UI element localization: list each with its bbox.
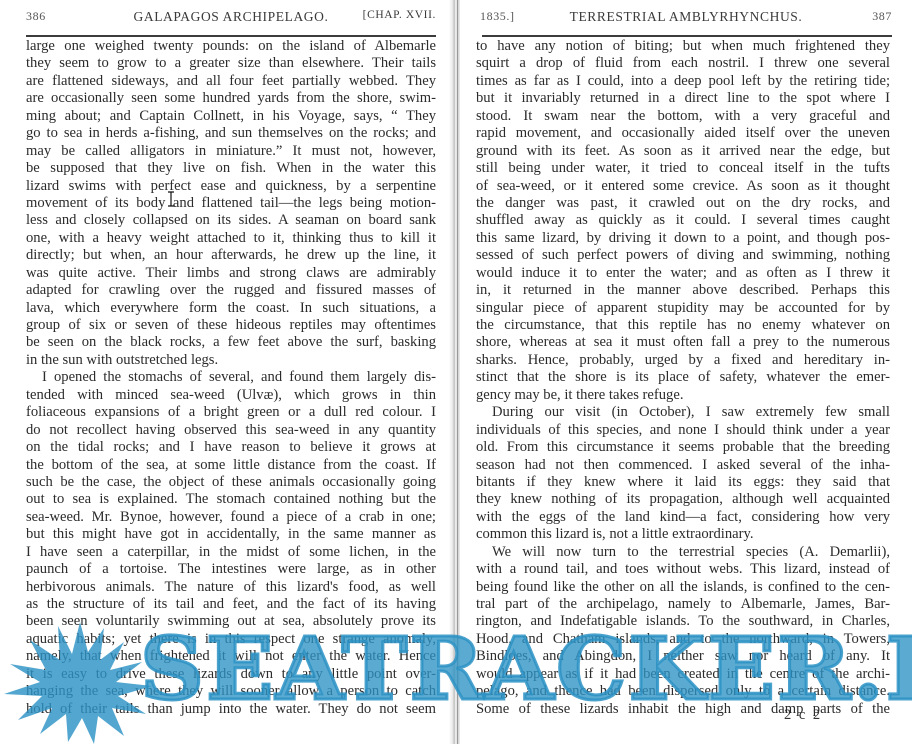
text-line: aquatic habits; yet there is in this res…: [26, 631, 436, 648]
text-line: they knew nothing of its propagation, al…: [476, 491, 890, 508]
text-line: bitants if they knew where it laid its e…: [476, 474, 890, 491]
text-line: shuffled away as quickly as it could. I …: [476, 212, 890, 229]
text-line: with a round tail, and toes without webs…: [476, 561, 890, 578]
text-line: We will now turn to the terrestrial spec…: [476, 544, 890, 561]
text-line: tral part of the archipelago, namely to …: [476, 596, 890, 613]
text-line: they seem to grow to a greater size than…: [26, 55, 436, 72]
right-running-head: 1835.] TERRESTRIAL AMBLYRHYNCHUS. 387: [480, 9, 892, 29]
text-line: Some of these lizards inhabit the high a…: [476, 701, 890, 718]
text-line: be supposed that they live on fish. When…: [26, 160, 436, 177]
text-line: such be the case, the object of these an…: [26, 474, 436, 491]
text-line: lava, which everywhere form the coast. I…: [26, 300, 436, 317]
text-line: foliaceous expansions of a bright green …: [26, 404, 436, 421]
text-line: I opened the stomachs of several, and fo…: [26, 369, 436, 386]
text-line: are occasionally seen some hundred yards…: [26, 90, 436, 107]
text-line: herbivorous animals. The nature of this …: [26, 579, 436, 596]
right-page: 1835.] TERRESTRIAL AMBLYRHYNCHUS. 387 to…: [460, 0, 912, 744]
text-line: the danger was past, it crawled out on t…: [476, 195, 890, 212]
right-running-title: TERRESTRIAL AMBLYRHYNCHUS.: [480, 9, 892, 25]
text-line: out to sea is explained. The stomach con…: [26, 491, 436, 508]
text-line: Bindloes, and Abingdon, I neither saw no…: [476, 648, 890, 665]
text-cursor-icon: [167, 191, 175, 207]
gutter-divider: [457, 0, 458, 744]
text-line: tended with minced sea-weed (Ulvæ), whic…: [26, 387, 436, 404]
text-line: group of six or seven of these hideous r…: [26, 317, 436, 334]
text-line: be seen on the black rocks, a few feet a…: [26, 334, 436, 351]
text-line: pelago, and thence had been dispersed on…: [476, 683, 890, 700]
left-running-head: 386 GALAPAGOS ARCHIPELAGO. [CHAP. XVII.: [26, 9, 436, 29]
text-line: do not recollect having observed this se…: [26, 422, 436, 439]
text-line: individuals of this species, and none I …: [476, 422, 890, 439]
left-page: 386 GALAPAGOS ARCHIPELAGO. [CHAP. XVII. …: [0, 0, 452, 744]
header-rule: [482, 35, 892, 37]
text-line: rapid movement, and occasionally aided i…: [476, 125, 890, 142]
text-line: stood. It swam near the bottom, with a v…: [476, 108, 890, 125]
text-line: shore, whereas at sea it must often fall…: [476, 334, 890, 351]
text-line: hold of their tails than jump into the w…: [26, 701, 436, 718]
text-line: stinct that the shore is its place of sa…: [476, 369, 890, 386]
signature-mark: 2 c 2: [784, 707, 822, 724]
book-spread: 386 GALAPAGOS ARCHIPELAGO. [CHAP. XVII. …: [0, 0, 912, 744]
text-line: times as far as I could, into a deep poo…: [476, 73, 890, 90]
text-line: hanging the sea, where they will sooner …: [26, 683, 436, 700]
text-line: sessed of such perfect powers of diving …: [476, 247, 890, 264]
text-line: as the structure of its tail and feet, a…: [26, 596, 436, 613]
text-line: still being under water, it tried to con…: [476, 160, 890, 177]
text-line: sea-weed. Mr. Bynoe, however, found a pi…: [26, 509, 436, 526]
text-line: the bottom of the sea, at some little di…: [26, 457, 436, 474]
text-line: less and closely collapsed on its sides.…: [26, 212, 436, 229]
text-line: in the sun with outstretched legs.: [26, 352, 436, 369]
text-line: but it invariably returned in a direct l…: [476, 90, 890, 107]
text-line: During our visit (in October), I saw ext…: [476, 404, 890, 421]
text-line: sharks. Hence, probably, urged by a fixe…: [476, 352, 890, 369]
text-line: one, with a heavy weight attached to it,…: [26, 230, 436, 247]
text-line: large one weighed twenty pounds: on the …: [26, 38, 436, 55]
text-line: been seen voluntarily swimming out at se…: [26, 613, 436, 630]
text-line: directly; but when, an hour afterwards, …: [26, 247, 436, 264]
text-line: ming about; and Captain Collnett, in his…: [26, 108, 436, 125]
text-line: to have any notion of biting; but when m…: [476, 38, 890, 55]
text-line: this same lizard, by driving it down to …: [476, 230, 890, 247]
text-line: was quite active. Their limbs and strong…: [26, 265, 436, 282]
text-line: it is easy to drive these lizards down t…: [26, 666, 436, 683]
text-line: old. From this circumstance it seems pro…: [476, 439, 890, 456]
text-line: lizard swims with perfect ease and quick…: [26, 178, 436, 195]
text-line: in, it returned in the manner above desc…: [476, 282, 890, 299]
text-line: ground with its feet. As soon as it arri…: [476, 143, 890, 160]
text-line: but this might have got in accidentally,…: [26, 526, 436, 543]
text-line: squirt a drop of fluid from each nostril…: [476, 55, 890, 72]
text-line: movement of its body and flattened tail—…: [26, 195, 436, 212]
text-line: would appear as if it had been created i…: [476, 666, 890, 683]
text-line: the circumstance, that this reptile has …: [476, 317, 890, 334]
text-line: of sea-weed, or it entered some crevice.…: [476, 178, 890, 195]
text-line: go to sea in herds a-fishing, and sun th…: [26, 125, 436, 142]
text-line: adapted for crawling over the rugged and…: [26, 282, 436, 299]
text-line: on the tidal rocks; and I have reason to…: [26, 439, 436, 456]
text-line: are flattened sideways, and all four fee…: [26, 73, 436, 90]
chapter-label: [CHAP. XVII.: [363, 9, 436, 21]
text-line: gency may be, it there takes refuge.: [476, 387, 890, 404]
right-page-body: to have any notion of biting; but when m…: [476, 38, 890, 718]
text-line: with the eggs of the land kind—a fact, c…: [476, 509, 890, 526]
text-line: namely, that when frightened it will not…: [26, 648, 436, 665]
right-page-number: 387: [872, 9, 892, 24]
text-line: common this lizard is, not a little extr…: [476, 526, 890, 543]
text-line: singular piece of apparent stupidity may…: [476, 300, 890, 317]
text-line: may be called alligators in miniature.” …: [26, 143, 436, 160]
left-page-body: large one weighed twenty pounds: on the …: [26, 38, 436, 718]
text-line: paunch of a tortoise. The intestines wer…: [26, 561, 436, 578]
text-line: rington, and Indefatigable islands. To t…: [476, 613, 890, 630]
text-line: I have seen a caterpillar, in the midst …: [26, 544, 436, 561]
text-line: being found like the other on all the is…: [476, 579, 890, 596]
text-line: Hood, and Chatham islands, and to the no…: [476, 631, 890, 648]
text-line: season had not then commenced. I asked s…: [476, 457, 890, 474]
header-rule: [26, 35, 436, 37]
text-line: would induce it to enter the water; and …: [476, 265, 890, 282]
